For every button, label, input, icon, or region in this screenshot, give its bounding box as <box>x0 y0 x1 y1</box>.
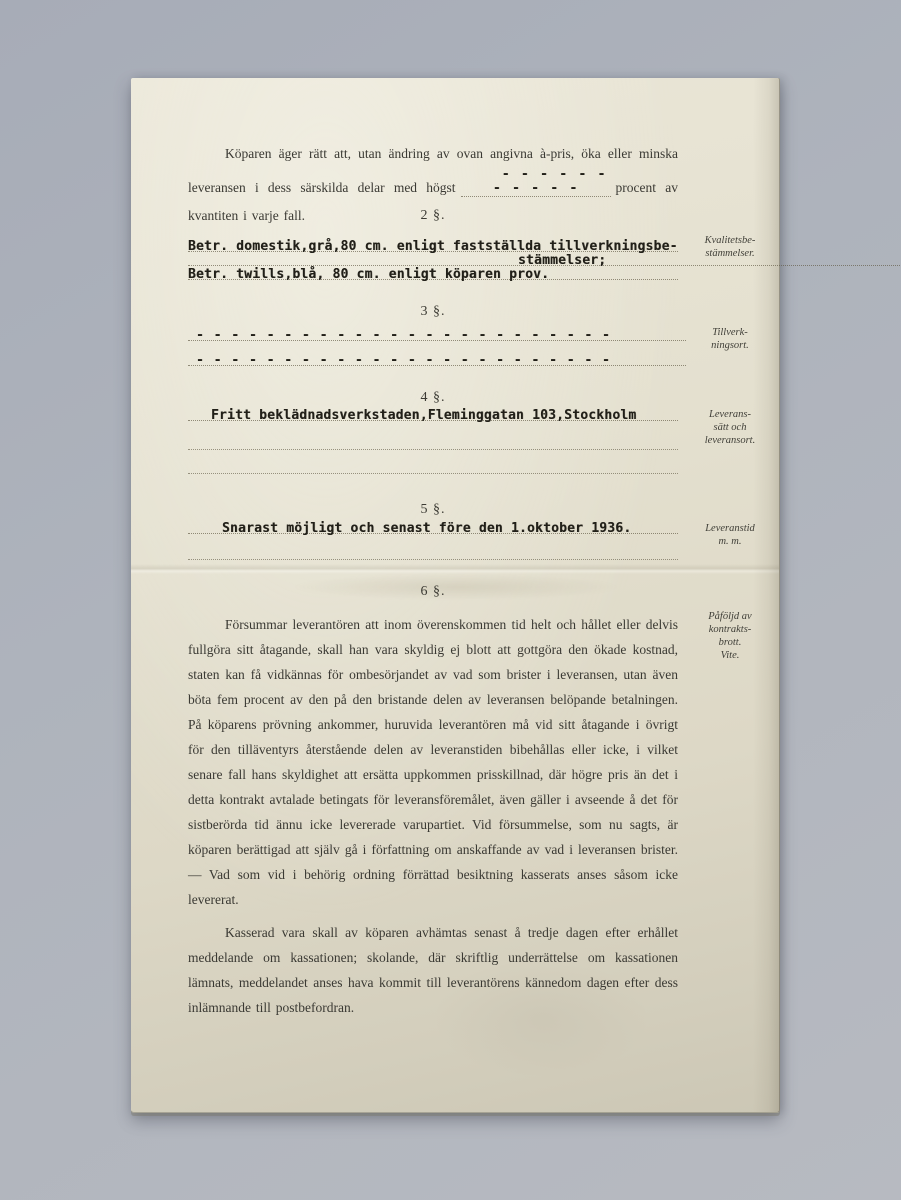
section-4-typed-text: Fritt beklädnadsverkstaden,Fleminggatan … <box>188 408 636 423</box>
section-5-fill-line-1: Snarast möjligt och senast före den 1.ok… <box>188 519 678 534</box>
scan-background: Köparen äger rätt att, utan ändring av o… <box>0 0 901 1200</box>
fold-crease <box>131 564 779 574</box>
section-5-blank-line-1 <box>188 559 678 560</box>
section-3-dash-fill-2: - - - - - - - - - - - - - - - - - - - - … <box>196 353 611 368</box>
section-6-heading: 6 §. <box>188 584 678 600</box>
margin-note-manufacture-place: Tillverk- ningsort. <box>682 326 778 352</box>
section-6-paragraph-2: Kasserad vara skall av köparen avhämtas … <box>188 920 678 1020</box>
section-3-dash-fill-1: - - - - - - - - - - - - - - - - - - - - … <box>196 328 611 343</box>
section-2-fill-line-1: Betr. domestik,grå,80 cm. enligt faststä… <box>188 237 678 252</box>
section-4-blank-line-2 <box>188 473 678 474</box>
margin-note-quality: Kvalitetsbe- stämmelser. <box>682 234 778 260</box>
section-5-heading: 5 §. <box>188 502 678 518</box>
section-3-fill-line-1: - - - - - - - - - - - - - - - - - - - - … <box>188 326 686 341</box>
section-5-typed-text: Snarast möjligt och senast före den 1.ok… <box>188 521 631 536</box>
section-2-fill-line-2: stämmelser; <box>188 251 901 266</box>
intro-dash-fill: - - - - - - - - - - - <box>493 167 607 196</box>
section-4-blank-line-1 <box>188 449 678 450</box>
section-2-typed-text-2: Betr. twills,blå, 80 cm. enligt köparen … <box>188 267 549 282</box>
section-4-fill-line-1: Fritt beklädnadsverkstaden,Fleminggatan … <box>188 406 678 421</box>
section-3-fill-line-2: - - - - - - - - - - - - - - - - - - - - … <box>188 351 686 366</box>
section-2-heading: 2 §. <box>188 208 678 224</box>
margin-note-breach-penalty: Påföljd av kontrakts- brott. Vite. <box>682 610 778 662</box>
section-4-heading: 4 §. <box>188 390 678 406</box>
contract-page: Köparen äger rätt att, utan ändring av o… <box>131 78 780 1113</box>
section-2-fill-line-3: Betr. twills,blå, 80 cm. enligt köparen … <box>188 265 678 280</box>
section-3-heading: 3 §. <box>188 304 678 320</box>
margin-note-delivery-place: Leverans- sätt och leveransort. <box>682 408 778 447</box>
section-6-paragraph-1: Försummar leverantören att inom överensk… <box>188 612 678 912</box>
intro-fill-line: - - - - - - - - - - - <box>461 168 611 197</box>
margin-note-delivery-time: Leveranstid m. m. <box>682 522 778 548</box>
